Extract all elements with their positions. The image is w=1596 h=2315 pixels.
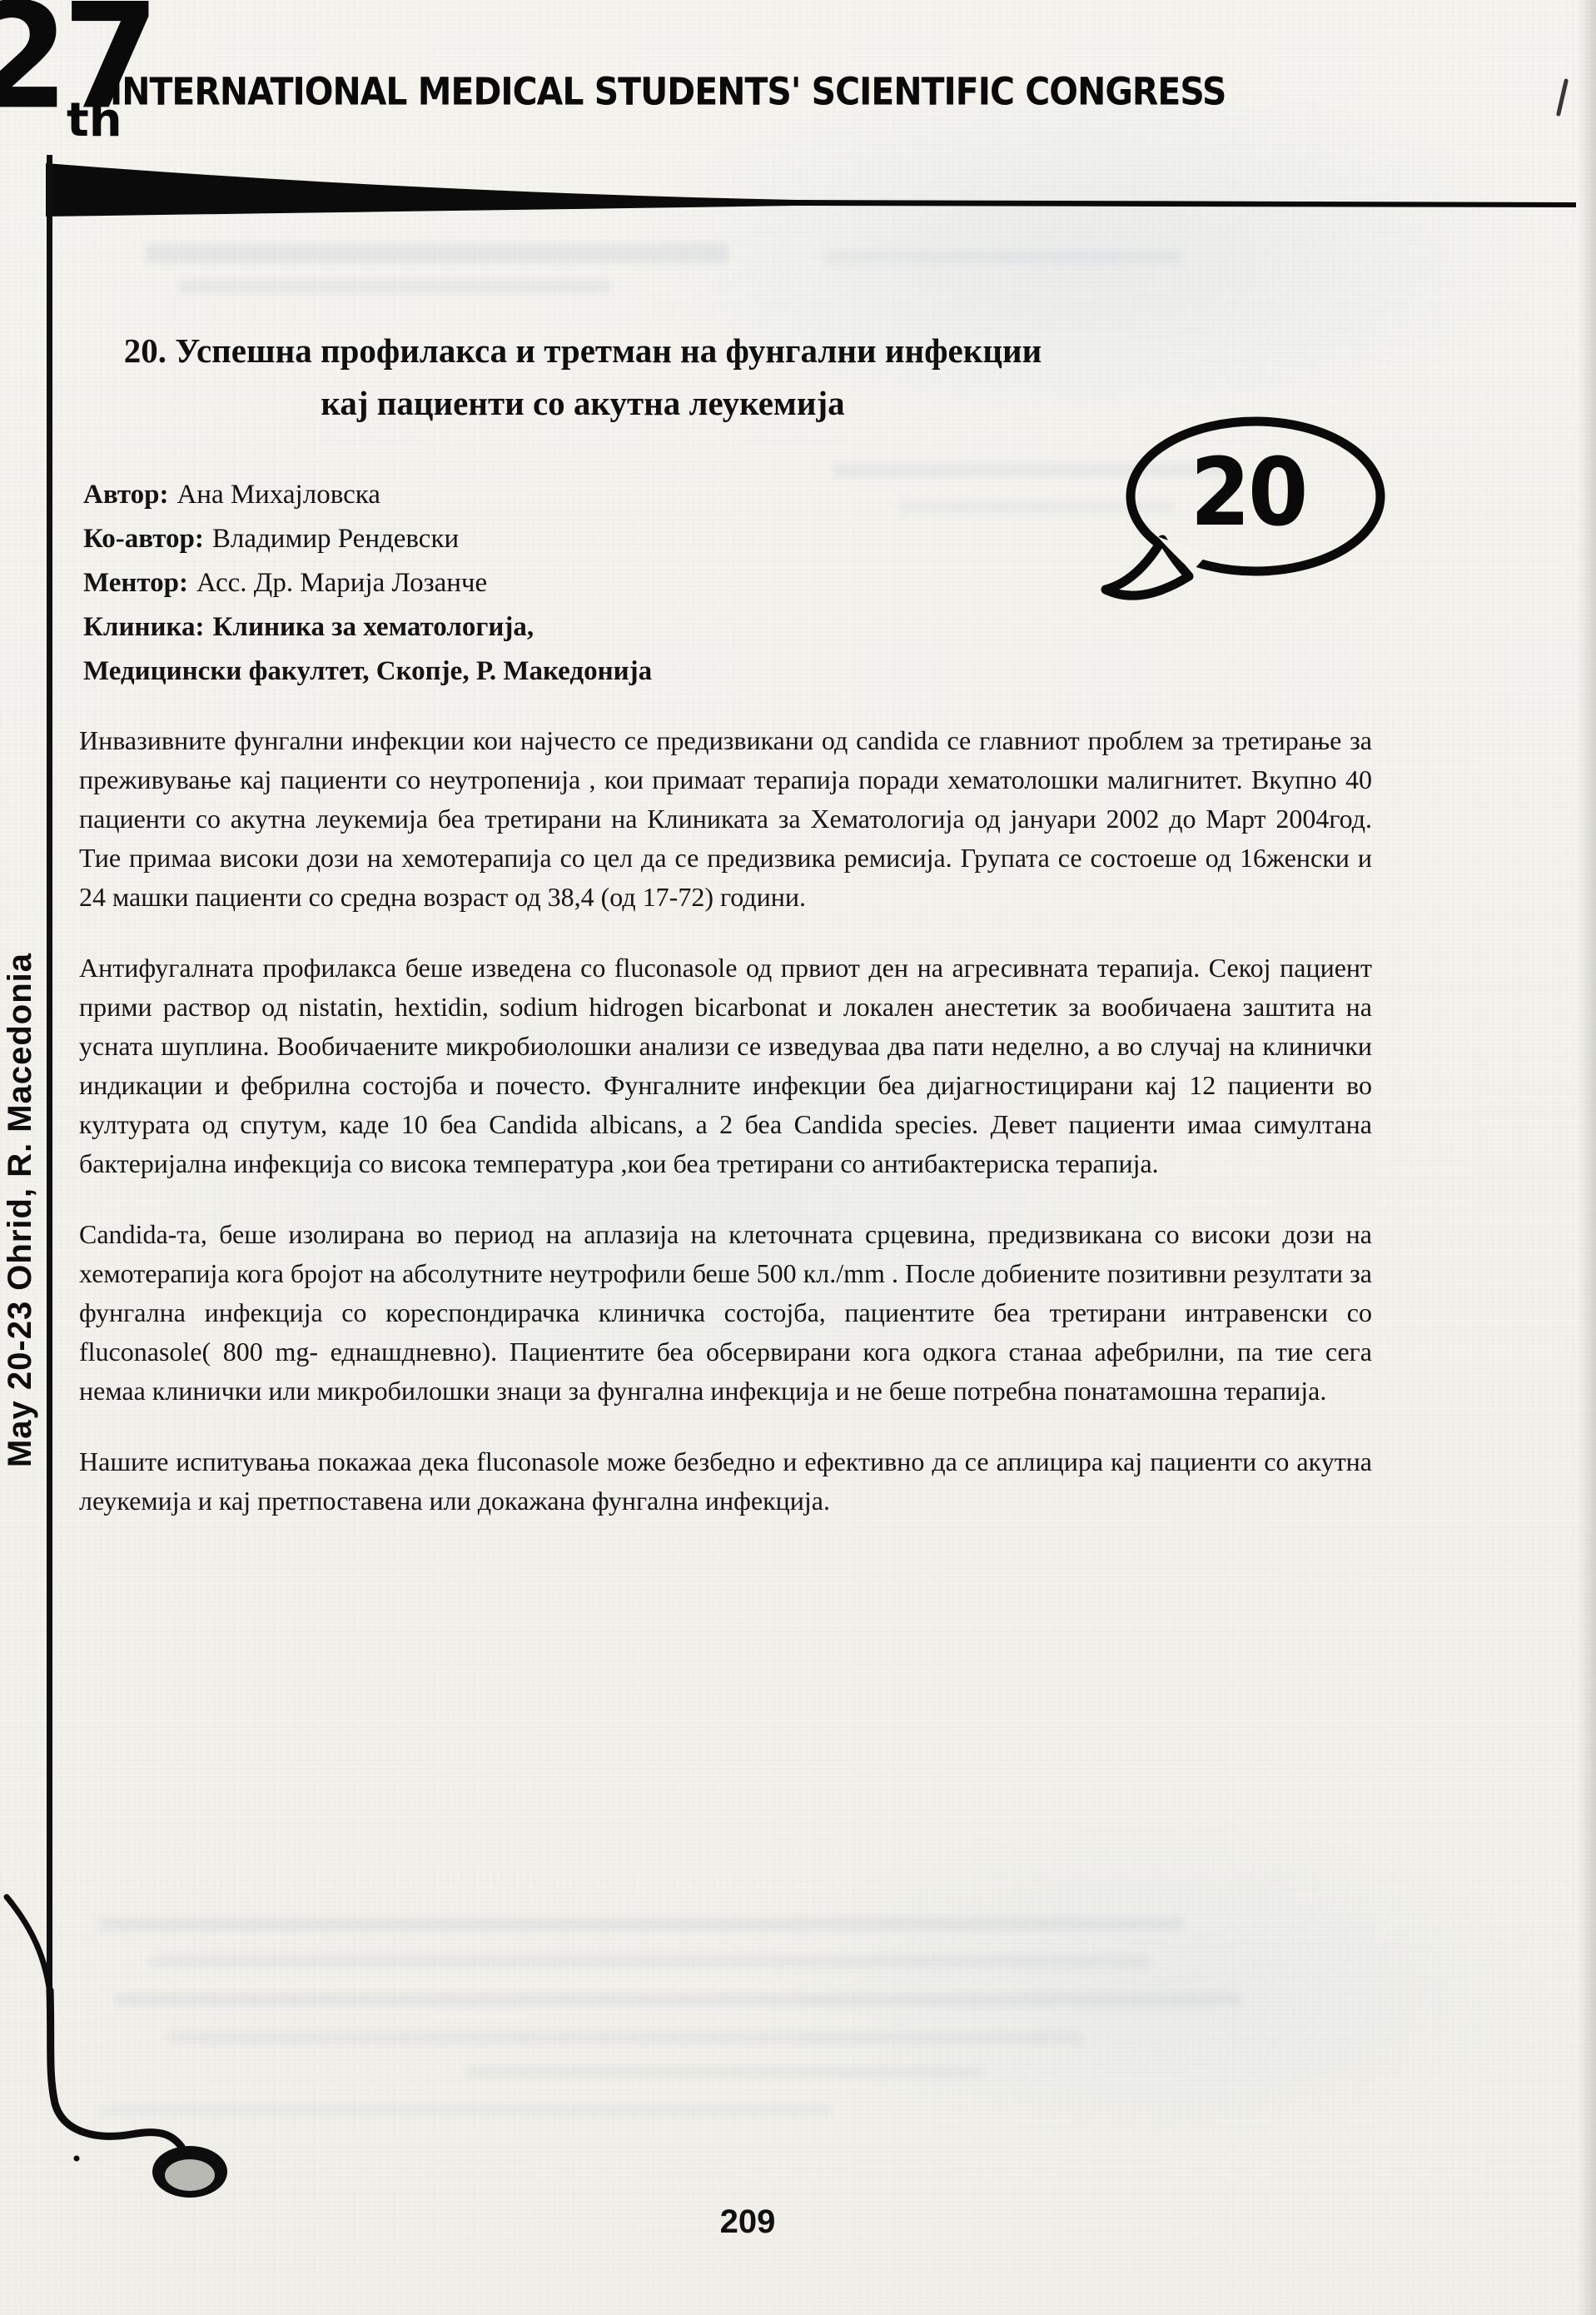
clinic-row: Клиника:Клиника за хематологија,	[83, 605, 652, 650]
abstract-paragraph-4: Нашите испитувања покажаа дека fluconaso…	[79, 1442, 1372, 1521]
abstract-paragraph-1: Инвазивните фунгални инфекции кои најчес…	[79, 721, 1372, 917]
author-label: Автор:	[83, 480, 168, 510]
coauthor-value: Владимир Рендевски	[212, 524, 459, 554]
pen-mark	[1556, 78, 1569, 117]
stethoscope-illustration	[0, 1865, 275, 2282]
author-row: Автор:Ана Михајловска	[83, 473, 652, 517]
mentor-label: Ментор:	[83, 568, 188, 598]
scanned-proceedings-page: 27 th INTERNATIONAL MEDICAL STUDENTS' SC…	[0, 0, 1596, 2315]
author-block: Автор:Ана Михајловска Ко-автор:Владимир …	[83, 473, 652, 694]
bleed-through-artifact	[167, 2032, 1082, 2044]
clinic-value: Клиника за хематологија,	[213, 612, 534, 642]
faculty-value: Медицински факултет, Скопје, Р. Македони…	[83, 656, 652, 686]
header-swoosh-rule	[46, 163, 1578, 218]
page-edge-shadow	[1578, 0, 1596, 2315]
coauthor-row: Ко-автор:Владимир Рендевски	[83, 517, 652, 561]
article-title-line2: кај пациенти со акутна леукемија	[50, 377, 1116, 430]
abstract-paragraph-3: Candida-та, беше изолирана во период на …	[79, 1215, 1372, 1411]
bleed-through-artifact	[150, 1955, 1149, 1968]
congress-title: INTERNATIONAL MEDICAL STUDENTS' SCIENTIF…	[110, 70, 1226, 114]
article-title: 20. Успешна профилакса и третман на фунг…	[50, 325, 1116, 430]
coauthor-label: Ко-автор:	[83, 524, 204, 554]
article-title-line1: 20. Успешна профилакса и третман на фунг…	[50, 325, 1116, 377]
page-number: 209	[698, 2203, 798, 2241]
abstract-number: 20	[1177, 441, 1319, 544]
bleed-through-artifact	[466, 2067, 982, 2079]
clinic-label: Клиника:	[83, 612, 205, 642]
abstract-paragraph-2: Антифугалната профилакса беше изведена с…	[79, 948, 1372, 1183]
author-value: Ана Михајловска	[177, 480, 380, 510]
mentor-value: Асс. Др. Марија Лозанче	[196, 568, 487, 598]
bleed-through-artifact	[824, 250, 1182, 264]
bleed-through-artifact	[117, 1994, 1241, 2006]
bleed-through-artifact	[146, 243, 728, 263]
bleed-through-artifact	[179, 278, 612, 294]
left-margin-rule	[47, 155, 52, 2000]
abstract-body: Инвазивните фунгални инфекции кои најчес…	[79, 721, 1372, 1552]
event-info-vertical-caption: May 20-23 Ohrid, R. Macedonia	[2, 910, 42, 1510]
mentor-row: Ментор:Асс. Др. Марија Лозанче	[83, 561, 652, 605]
faculty-row: Медицински факултет, Скопје, Р. Македони…	[83, 650, 652, 694]
